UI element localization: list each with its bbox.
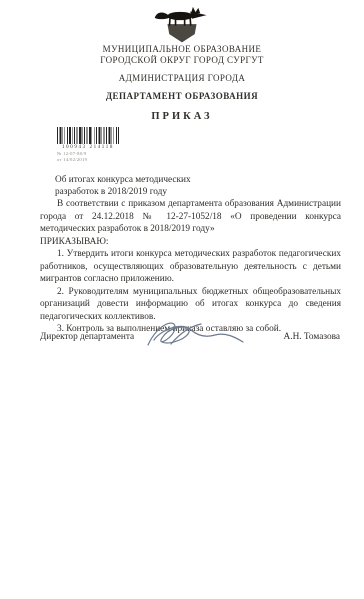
letterhead: МУНИЦИПАЛЬНОЕ ОБРАЗОВАНИЕ ГОРОДСКОЙ ОКРУ… xyxy=(0,44,364,122)
scanned-order-document: МУНИЦИПАЛЬНОЕ ОБРАЗОВАНИЕ ГОРОДСКОЙ ОКРУ… xyxy=(0,0,364,599)
registration-barcode-block: 100943 214118 № 12-07-80/9 от 14/02/2019 xyxy=(57,127,123,163)
order-item-1: 1. Утвердить итоги конкурса методических… xyxy=(40,248,341,286)
document-type-title: ПРИКАЗ xyxy=(0,111,364,122)
signer-title: Директор департамента xyxy=(40,332,134,342)
surgut-fox-emblem-icon xyxy=(152,6,212,46)
order-word: ПРИКАЗЫВАЮ: xyxy=(40,236,341,249)
org-name-line2: ГОРОДСКОЙ ОКРУГ ГОРОД СУРГУТ xyxy=(0,55,364,66)
handwritten-signature-icon xyxy=(138,313,246,359)
barcode-digits: 100943 214118 xyxy=(57,144,119,151)
administration-line: АДМИНИСТРАЦИЯ ГОРОДА xyxy=(0,73,364,84)
order-subject: Об итогах конкурса методических разработ… xyxy=(55,175,245,198)
intro-paragraph: В соответствии с приказом департамента о… xyxy=(40,198,341,236)
signer-name: А.Н. Томазова xyxy=(284,332,340,342)
department-line: ДЕПАРТАМЕНТ ОБРАЗОВАНИЯ xyxy=(0,91,364,102)
subject-line1: Об итогах конкурса методических xyxy=(55,175,245,187)
subject-line2: разработок в 2018/2019 году xyxy=(55,187,245,199)
barcode-icon xyxy=(57,127,119,144)
registration-date: от 14/02/2019 xyxy=(57,157,123,163)
org-name-line1: МУНИЦИПАЛЬНОЕ ОБРАЗОВАНИЕ xyxy=(0,44,364,55)
